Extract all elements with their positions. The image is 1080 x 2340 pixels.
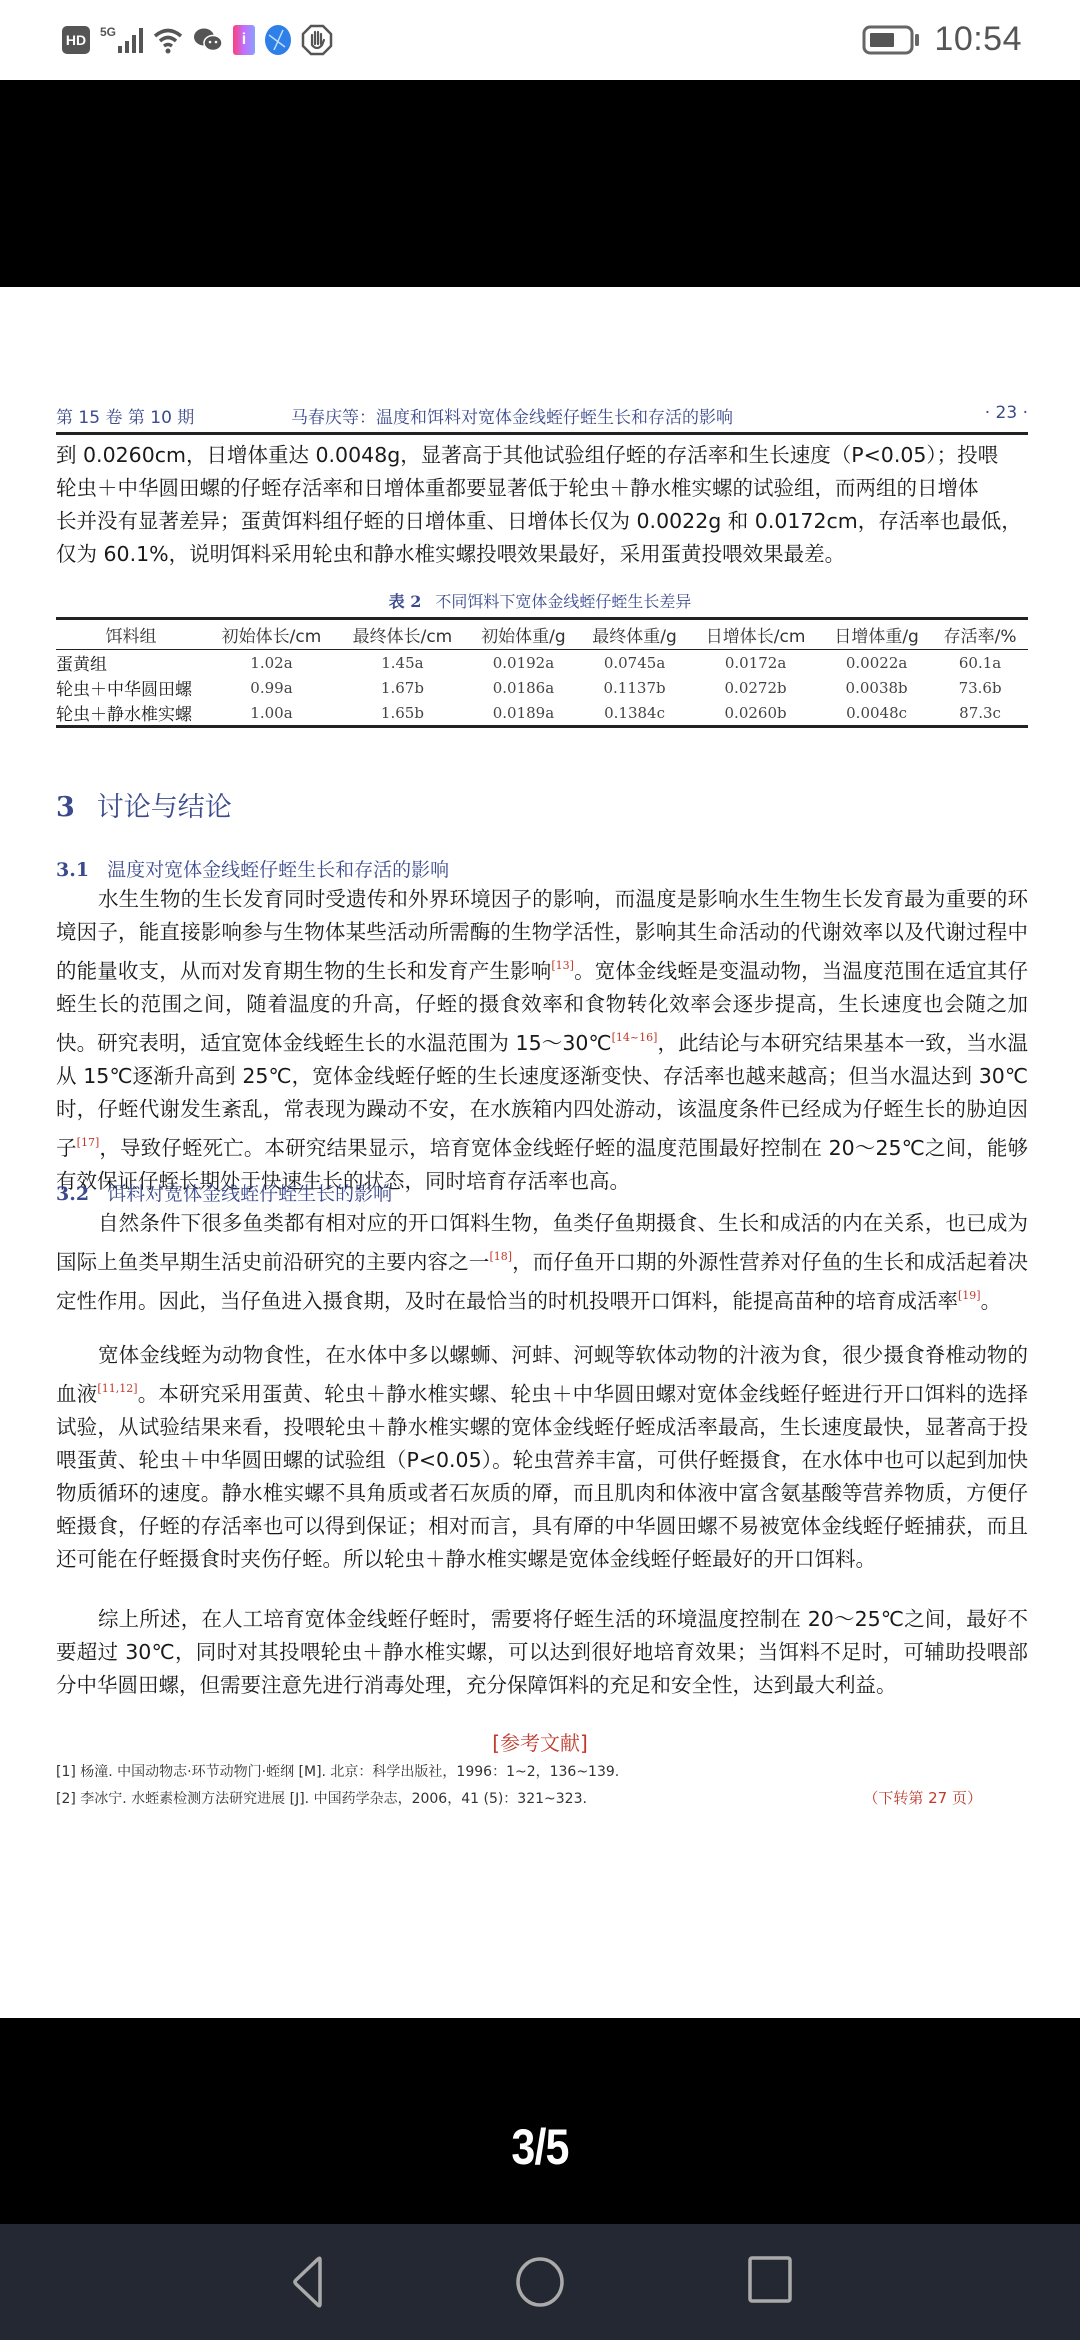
cell: 1.45a bbox=[337, 650, 468, 676]
citation-link[interactable]: [14~16] bbox=[612, 1031, 658, 1044]
cell: 1.65b bbox=[337, 700, 468, 727]
table-row: 轮虫＋静水椎实螺 1.00a 1.65b 0.0189a 0.1384c 0.0… bbox=[56, 700, 1028, 727]
section-title: 饵料对宽体金线蛭仔蛭生长的影响 bbox=[107, 1183, 392, 1205]
cell: 0.0048c bbox=[821, 700, 932, 727]
wifi-icon bbox=[153, 26, 183, 54]
home-button[interactable] bbox=[510, 2254, 570, 2310]
network-type-label: 5G bbox=[100, 25, 116, 39]
cell: 60.1a bbox=[932, 650, 1028, 676]
cell: 0.0022a bbox=[821, 650, 932, 676]
text-line: 轮虫＋中华圆田螺的仔蛭存活率和日增体重都要显著低于轮虫＋静水椎实螺的试验组，而两… bbox=[56, 472, 1028, 505]
cell: 蛋黄组 bbox=[56, 650, 206, 676]
cell: 0.0272b bbox=[690, 675, 821, 700]
cell: 1.00a bbox=[206, 700, 337, 727]
viewer-top-margin bbox=[0, 80, 1080, 287]
col-header: 初始体长/cm bbox=[206, 619, 337, 650]
col-header: 日增体长/cm bbox=[690, 619, 821, 650]
reference-item: [1] 杨潼. 中国动物志·环节动物门·蛭纲 [M]. 北京：科学出版社，199… bbox=[56, 1761, 619, 1781]
citation-link[interactable]: [18] bbox=[489, 1250, 512, 1263]
text-line: 到 0.0260cm，日增体重达 0.0048g，显著高于其他试验组仔蛭的存活率… bbox=[56, 439, 1028, 472]
page-indicator: 3/5 bbox=[76, 2118, 1005, 2176]
text-run: 。本研究采用蛋黄、轮虫＋静水椎实螺、轮虫＋中华圆田螺对宽体金线蛭仔蛭进行开口饵料… bbox=[56, 1382, 1028, 1571]
app-i-icon: i bbox=[233, 25, 255, 55]
status-icons-left: HD 5G i bbox=[62, 22, 333, 58]
table-caption: 表 2不同饵料下宽体金线蛭仔蛭生长差异 bbox=[0, 589, 1080, 612]
cell: 0.1384c bbox=[579, 700, 690, 727]
growth-table: 饵料组 初始体长/cm 最终体长/cm 初始体重/g 最终体重/g 日增体长/c… bbox=[56, 617, 1028, 728]
cell: 1.67b bbox=[337, 675, 468, 700]
cell: 轮虫＋中华圆田螺 bbox=[56, 675, 206, 700]
table-title: 不同饵料下宽体金线蛭仔蛭生长差异 bbox=[435, 592, 691, 611]
battery-icon bbox=[862, 24, 920, 56]
section-title: 温度对宽体金线蛭仔蛭生长和存活的影响 bbox=[107, 859, 449, 881]
intro-paragraph: 到 0.0260cm，日增体重达 0.0048g，显著高于其他试验组仔蛭的存活率… bbox=[56, 439, 1028, 571]
continued-note: （下转第 27 页） bbox=[863, 1787, 982, 1808]
table-header-row: 饵料组 初始体长/cm 最终体长/cm 初始体重/g 最终体重/g 日增体长/c… bbox=[56, 619, 1028, 650]
text-line: 长并没有显著差异；蛋黄饵料组仔蛭的日增体重、日增体长仅为 0.0022g 和 0… bbox=[56, 505, 1028, 538]
cell: 轮虫＋静水椎实螺 bbox=[56, 700, 206, 727]
article-title-header: 马春庆等：温度和饵料对宽体金线蛭仔蛭生长和存活的影响 bbox=[291, 403, 733, 428]
section-title: 讨论与结论 bbox=[97, 792, 232, 823]
text-run: 。 bbox=[981, 1289, 1002, 1313]
clock: 10:54 bbox=[934, 20, 1022, 59]
section-number: 3.1 bbox=[56, 859, 89, 881]
back-button[interactable] bbox=[278, 2254, 338, 2310]
paragraph-3-1: 水生生物的生长发育同时受遗传和外界环境因子的影响，而温度是影响水生生物生长发育最… bbox=[56, 883, 1028, 1198]
cell: 0.0038b bbox=[821, 675, 932, 700]
paragraph-3-2-b: 宽体金线蛭为动物食性，在水体中多以螺蛳、河蚌、河蚬等软体动物的汁液为食，很少摄食… bbox=[56, 1339, 1028, 1576]
col-header: 日增体重/g bbox=[821, 619, 932, 650]
cell: 0.0192a bbox=[468, 650, 579, 676]
recents-button[interactable] bbox=[740, 2254, 800, 2310]
cell: 0.0745a bbox=[579, 650, 690, 676]
references-heading: [参考文献] bbox=[0, 1727, 1080, 1756]
header-rule bbox=[56, 432, 1028, 435]
paragraph-conclusion: 综上所述，在人工培育宽体金线蛭仔蛭时，需要将仔蛭生活的环境温度控制在 20～25… bbox=[56, 1603, 1028, 1702]
cell: 0.0186a bbox=[468, 675, 579, 700]
text-line: 仅为 60.1%，说明饵料采用轮虫和静水椎实螺投喂效果最好，采用蛋黄投喂效果最差… bbox=[56, 538, 1028, 571]
cell: 0.0260b bbox=[690, 700, 821, 727]
section-heading-3-1: 3.1温度对宽体金线蛭仔蛭生长和存活的影响 bbox=[56, 855, 449, 882]
hand-stop-icon bbox=[301, 24, 333, 56]
signal-icon bbox=[118, 27, 143, 53]
table-label: 表 2 bbox=[389, 592, 422, 611]
col-header: 初始体重/g bbox=[468, 619, 579, 650]
wechat-icon bbox=[193, 27, 223, 53]
section-heading-3-2: 3.2饵料对宽体金线蛭仔蛭生长的影响 bbox=[56, 1179, 392, 1206]
running-head: 第 15 卷 第 10 期 马春庆等：温度和饵料对宽体金线蛭仔蛭生长和存活的影响… bbox=[56, 403, 1028, 427]
cell: 0.99a bbox=[206, 675, 337, 700]
document-page[interactable]: 第 15 卷 第 10 期 马春庆等：温度和饵料对宽体金线蛭仔蛭生长和存活的影响… bbox=[0, 287, 1080, 2018]
browser-icon bbox=[265, 25, 291, 55]
paragraph-3-2-a: 自然条件下很多鱼类都有相对应的开口饵料生物，鱼类仔鱼期摄食、生长和成活的内在关系… bbox=[56, 1207, 1028, 1318]
col-header: 饵料组 bbox=[56, 619, 206, 650]
col-header: 最终体长/cm bbox=[337, 619, 468, 650]
table-row: 轮虫＋中华圆田螺 0.99a 1.67b 0.0186a 0.1137b 0.0… bbox=[56, 675, 1028, 700]
col-header: 最终体重/g bbox=[579, 619, 690, 650]
citation-link[interactable]: [17] bbox=[77, 1136, 100, 1149]
citation-link[interactable]: [19] bbox=[958, 1289, 981, 1302]
section-number: 3.2 bbox=[56, 1183, 89, 1205]
citation-link[interactable]: [11,12] bbox=[97, 1382, 137, 1395]
cell: 73.6b bbox=[932, 675, 1028, 700]
cell: 87.3c bbox=[932, 700, 1028, 727]
status-icons-right: 10:54 bbox=[862, 20, 1022, 59]
hd-icon: HD bbox=[62, 26, 90, 54]
cell: 0.0189a bbox=[468, 700, 579, 727]
section-heading-3: 3讨论与结论 bbox=[56, 785, 232, 824]
citation-link[interactable]: [13] bbox=[551, 959, 574, 972]
status-bar: HD 5G i 10:54 bbox=[0, 0, 1080, 80]
reference-item: [2] 李冰宁. 水蛭素检测方法研究进展 [J]. 中国药学杂志，2006，41… bbox=[56, 1788, 587, 1808]
col-header: 存活率/% bbox=[932, 619, 1028, 650]
table-row: 蛋黄组 1.02a 1.45a 0.0192a 0.0745a 0.0172a … bbox=[56, 650, 1028, 676]
cell: 1.02a bbox=[206, 650, 337, 676]
section-number: 3 bbox=[56, 792, 75, 823]
navigation-bar bbox=[0, 2224, 1080, 2340]
volume-issue: 第 15 卷 第 10 期 bbox=[56, 403, 194, 428]
cell: 0.0172a bbox=[690, 650, 821, 676]
page-number: · 23 · bbox=[985, 403, 1028, 423]
cell: 0.1137b bbox=[579, 675, 690, 700]
